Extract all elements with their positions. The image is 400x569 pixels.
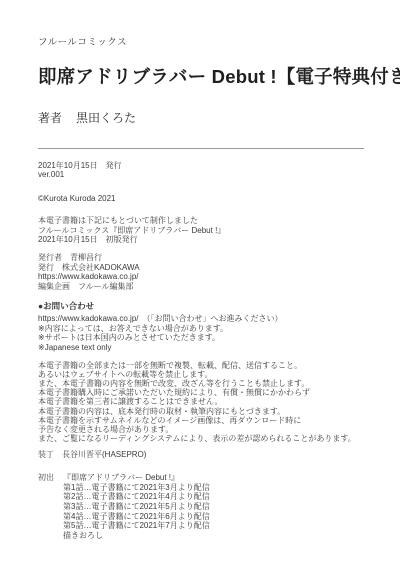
- first-publication-detail: 『即席アドリブラバー Debut !』 第1話…電子書籍にて2021年3月より配…: [63, 473, 210, 540]
- divider-rule: [38, 148, 364, 149]
- text-line: 第4話…電子書籍にて2021年6月より配信: [63, 512, 210, 522]
- version-line: ver.001: [38, 170, 370, 179]
- text-line: https://www.kadokawa.co.jp/: [38, 272, 370, 281]
- text-line: 発行 株式会社KADOKAWA: [38, 263, 370, 272]
- text-line: 第1話…電子書籍にて2021年3月より配信: [63, 483, 210, 493]
- contact-url-line: https://www.kadokawa.co.jp/ （「お問い合わせ」へお進…: [38, 314, 370, 323]
- text-line: 描きおろし: [63, 531, 210, 541]
- contact-section: ●お問い合わせ https://www.kadokawa.co.jp/ （「お問…: [38, 302, 370, 352]
- first-publication-title: 『即席アドリブラバー Debut !』: [63, 473, 210, 482]
- edition-block: 2021年10月15日 発行 ver.001: [38, 161, 370, 180]
- text-line: 本電子書籍の全部または一部を無断で複製、転載、配信、送信すること。: [38, 361, 370, 370]
- author-label: 著者: [38, 109, 62, 126]
- text-line: 発行者 青柳昌行: [38, 253, 370, 262]
- contact-notes: ※内容によっては、お答えできない場合があります。※サポートは日本国内のみとさせて…: [38, 324, 370, 352]
- publisher-info-block: 発行者 青柳昌行発行 株式会社KADOKAWAhttps://www.kadok…: [38, 253, 370, 291]
- text-line: 第2話…電子書籍にて2021年4月より配信: [63, 492, 210, 502]
- text-line: あるいはウェブサイトへの転載等を禁止します。: [38, 370, 370, 379]
- author-row: 著者 黒田くろた: [38, 109, 370, 126]
- publish-date-line: 2021年10月15日 発行: [38, 161, 370, 170]
- text-line: 本電子書籍を示すサムネイルなどのイメージ画像は、再ダウンロード時に: [38, 416, 370, 425]
- legal-notes-block: 本電子書籍の全部または一部を無断で複製、転載、配信、送信すること。あるいはウェブ…: [38, 361, 370, 443]
- text-line: 予告なく変更される場合があります。: [38, 425, 370, 434]
- first-publication-items: 第1話…電子書籍にて2021年3月より配信第2話…電子書籍にて2021年4月より…: [63, 483, 210, 541]
- contact-heading: ●お問い合わせ: [38, 302, 370, 311]
- text-line: また、本電子書籍の内容を無断で改変、改ざん等を行うことも禁止します。: [38, 379, 370, 388]
- imprint-label: フルールコミックス: [38, 34, 370, 48]
- text-line: 第5話…電子書籍にて2021年7月より配信: [63, 521, 210, 531]
- copyright-line: ©Kurota Kuroda 2021: [38, 194, 370, 203]
- text-line: ※サポートは日本国内のみとさせていただきます。: [38, 333, 370, 342]
- colophon-page: フルールコミックス 即席アドリブラバー Debut !【電子特典付き】 著者 黒…: [0, 0, 400, 569]
- text-line: ※Japanese text only: [38, 343, 370, 352]
- text-line: 本電子書籍を第三者に譲渡することはできません。: [38, 397, 370, 406]
- text-line: 2021年10月15日 初版発行: [38, 235, 370, 244]
- first-publication-label: 初出: [38, 473, 54, 540]
- book-title: 即席アドリブラバー Debut !【電子特典付き】: [38, 63, 370, 89]
- author-name: 黒田くろた: [76, 109, 136, 126]
- text-line: 第3話…電子書籍にて2021年5月より配信: [63, 502, 210, 512]
- text-line: ※内容によっては、お答えできない場合があります。: [38, 324, 370, 333]
- text-line: 本電子書籍の内容は、底本発行時の取材・執筆内容にもとづきます。: [38, 407, 370, 416]
- text-line: 本電子書籍は下記にもとづいて制作しました: [38, 216, 370, 225]
- text-line: また、ご覧になるリーディングシステムにより、表示の差が認められることがあります。: [38, 434, 370, 443]
- source-info-block: 本電子書籍は下記にもとづいて制作しましたフルールコミックス『即席アドリブラバー …: [38, 216, 370, 244]
- text-line: 編集企画 フルール編集部: [38, 282, 370, 291]
- text-line: フルールコミックス『即席アドリブラバー Debut !』: [38, 226, 370, 235]
- first-publication-section: 初出 『即席アドリブラバー Debut !』 第1話…電子書籍にて2021年3月…: [38, 473, 370, 540]
- binding-design-line: 装丁 長谷川晋平(HASEPRO): [38, 450, 370, 459]
